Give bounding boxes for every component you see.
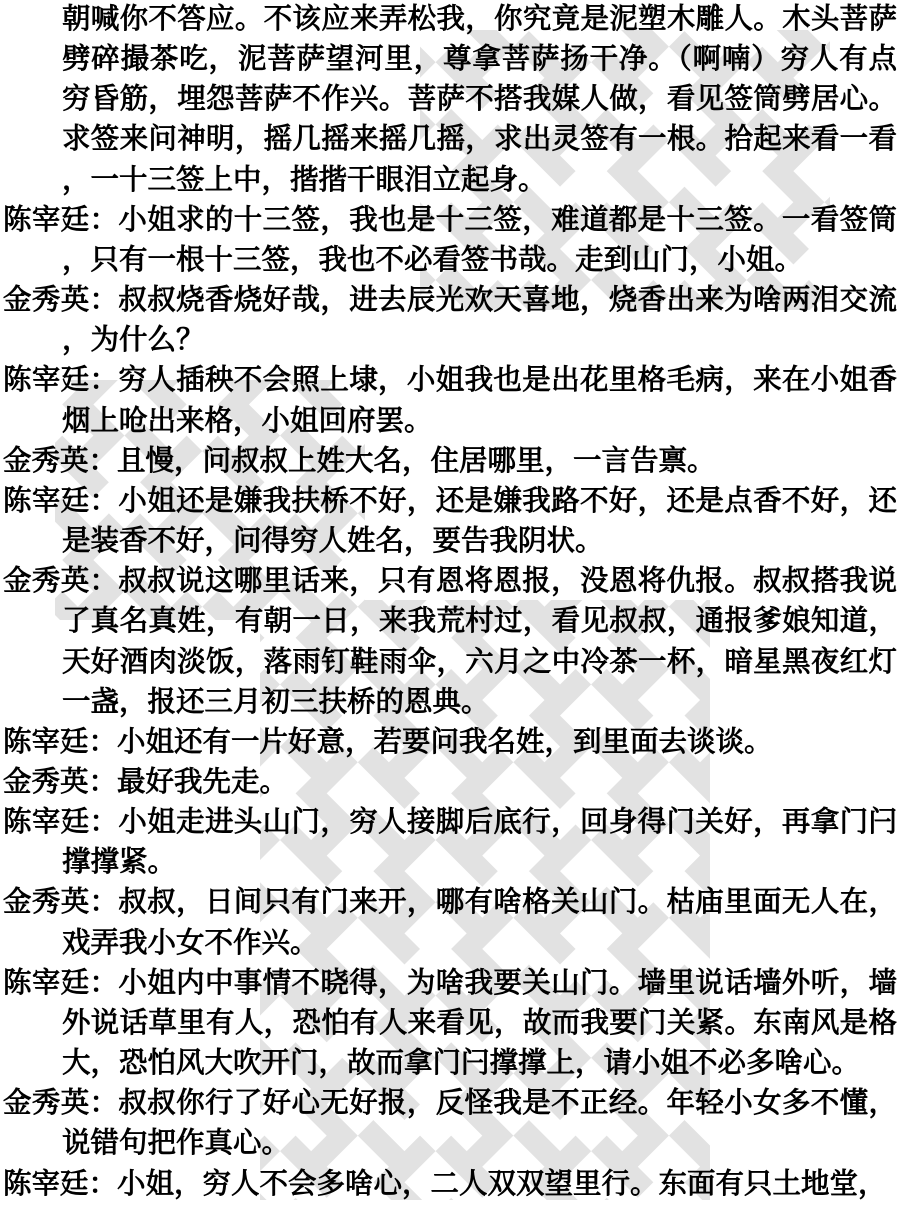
dialogue-list: 陈宰廷：小姐求的十三签，我也是十三签，难道都是十三签。一看签筒，只有一根十三签，… (3, 201, 897, 1205)
speech-text: 小姐，穷人不会多啥心，二人双双望里行。东面有只土地堂， (117, 1169, 887, 1200)
speaker-name: 陈宰廷 (3, 205, 90, 236)
script-page: { "page": { "width_px": 900, "height_px"… (0, 0, 900, 1205)
speaker-name: 陈宰廷 (3, 968, 90, 999)
dialogue-entry: 陈宰廷：小姐求的十三签，我也是十三签，难道都是十三签。一看签筒，只有一根十三签，… (3, 201, 897, 281)
speaker-colon: ： (90, 968, 119, 999)
dialogue-entry: 金秀英：叔叔说这哪里话来，只有恩将恩报，没恩将仇报。叔叔搭我说了真名真姓，有朝一… (3, 562, 897, 723)
speaker-colon: ： (90, 807, 119, 838)
speaker-colon: ： (90, 365, 119, 396)
speaker-colon: ： (89, 767, 118, 798)
speaker-name: 陈宰廷 (3, 807, 90, 838)
speaker-name: 金秀英 (3, 1088, 90, 1119)
dialogue-entry: 金秀英：最好我先走。 (3, 763, 897, 803)
dialogue-entry: 金秀英：且慢，问叔叔上姓大名，住居哪里，一言告禀。 (3, 442, 897, 482)
speech-text: 小姐求的十三签，我也是十三签，难道都是十三签。一看签筒，只有一根十三签，我也不必… (62, 205, 897, 276)
speech-text: 小姐内中事情不晓得，为啥我要关山门。墙里说话墙外听，墙外说话草里有人，恐怕有人来… (62, 968, 897, 1079)
speaker-colon: ： (90, 566, 119, 597)
speaker-name: 金秀英 (3, 285, 90, 316)
speaker-name: 金秀英 (3, 446, 89, 477)
dialogue-entry: 陈宰廷：小姐，穷人不会多啥心，二人双双望里行。东面有只土地堂， (3, 1165, 897, 1205)
speaker-colon: ： (90, 205, 119, 236)
speaker-colon: ： (90, 285, 119, 316)
dialogue-entry: 金秀英：叔叔你行了好心无好报，反怪我是不正经。年轻小女多不懂，说错句把作真心。 (3, 1084, 897, 1164)
speech-text: 最好我先走。 (117, 767, 288, 798)
speaker-colon: ： (89, 1169, 118, 1200)
speech-text: 且慢，问叔叔上姓大名，住居哪里，一言告禀。 (117, 446, 716, 477)
speech-text: 小姐还是嫌我扶桥不好，还是嫌我路不好，还是点香不好，还是装香不好，问得穷人姓名，… (62, 486, 897, 557)
speaker-name: 金秀英 (3, 887, 90, 918)
speaker-colon: ： (89, 727, 118, 758)
dialogue-entry: 陈宰廷：小姐内中事情不晓得，为啥我要关山门。墙里说话墙外听，墙外说话草里有人，恐… (3, 964, 897, 1084)
speaker-name: 金秀英 (3, 767, 89, 798)
speaker-colon: ： (89, 446, 118, 477)
speech-text: 穷人插秧不会照上埭，小姐我也是出花里格毛病，来在小姐香烟上呛出来格，小姐回府罢。 (62, 365, 897, 436)
speaker-colon: ： (90, 486, 119, 517)
dialogue-entry: 金秀英：叔叔，日间只有门来开，哪有啥格关山门。枯庙里面无人在，戏弄我小女不作兴。 (3, 883, 897, 963)
dialogue-entry: 陈宰廷：小姐走进头山门，穷人接脚后底行，回身得门关好，再拿门闩撑撑紧。 (3, 803, 897, 883)
speech-text: 小姐还有一片好意，若要问我名姓，到里面去谈谈。 (117, 727, 773, 758)
continuation-paragraph: 朝喊你不答应。不该应来弄松我，你究竟是泥塑木雕人。木头菩萨劈碎撮茶吃，泥菩萨望河… (3, 0, 897, 201)
speaker-name: 陈宰廷 (3, 486, 90, 517)
dialogue-entry: 陈宰廷：小姐还是嫌我扶桥不好，还是嫌我路不好，还是点香不好，还是装香不好，问得穷… (3, 482, 897, 562)
speaker-name: 金秀英 (3, 566, 90, 597)
speaker-name: 陈宰廷 (3, 365, 90, 396)
dialogue-entry: 陈宰廷：小姐还有一片好意，若要问我名姓，到里面去谈谈。 (3, 723, 897, 763)
speaker-colon: ： (90, 887, 119, 918)
dialogue-entry: 金秀英：叔叔烧香烧好哉，进去辰光欢天喜地，烧香出来为啥两泪交流，为什么？ (3, 281, 897, 361)
script-body: 朝喊你不答应。不该应来弄松我，你究竟是泥塑木雕人。木头菩萨劈碎撮茶吃，泥菩萨望河… (0, 0, 900, 1205)
speaker-name: 陈宰廷 (3, 727, 89, 758)
speech-text: 叔叔说这哪里话来，只有恩将恩报，没恩将仇报。叔叔搭我说了真名真姓，有朝一日，来我… (62, 566, 897, 717)
speech-text: 叔叔，日间只有门来开，哪有啥格关山门。枯庙里面无人在，戏弄我小女不作兴。 (62, 887, 897, 958)
speech-text: 叔叔烧香烧好哉，进去辰光欢天喜地，烧香出来为啥两泪交流，为什么？ (62, 285, 897, 356)
speech-text: 叔叔你行了好心无好报，反怪我是不正经。年轻小女多不懂，说错句把作真心。 (62, 1088, 897, 1159)
speaker-colon: ： (90, 1088, 119, 1119)
speaker-name: 陈宰廷 (3, 1169, 89, 1200)
dialogue-entry: 陈宰廷：穷人插秧不会照上埭，小姐我也是出花里格毛病，来在小姐香烟上呛出来格，小姐… (3, 361, 897, 441)
speech-text: 小姐走进头山门，穷人接脚后底行，回身得门关好，再拿门闩撑撑紧。 (62, 807, 897, 878)
